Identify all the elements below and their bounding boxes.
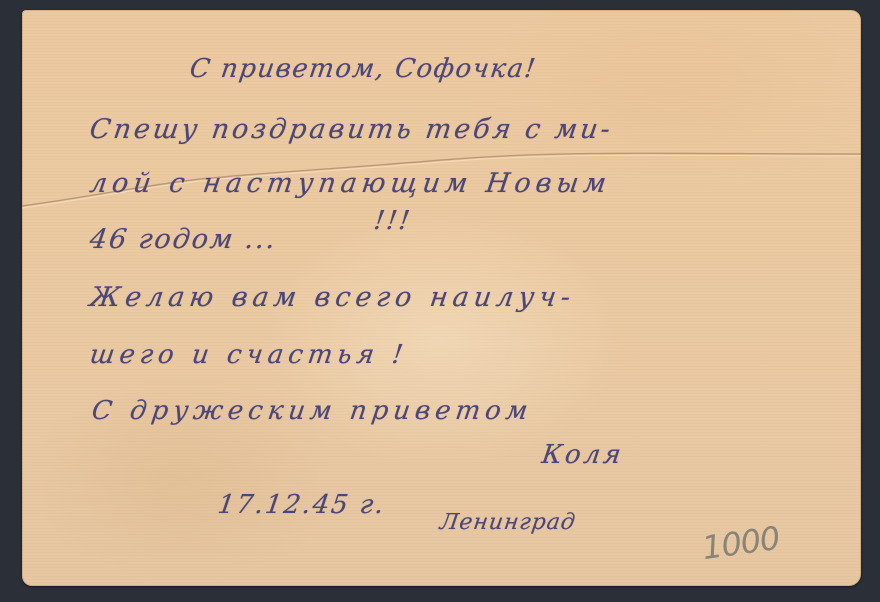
- body-line-2: лой с наступающим Новым: [88, 168, 613, 199]
- body-line-3: 46 годом ...: [88, 224, 279, 255]
- date: 17.12.45 г.: [216, 490, 388, 520]
- signature: Коля: [540, 440, 626, 470]
- greeting-line: С приветом, Софочка!: [188, 54, 539, 84]
- postcard: С приветом, Софочка! Спешу поздравить те…: [22, 10, 861, 586]
- body-line-4: Желаю вам всего наилуч-: [88, 282, 577, 313]
- body-line-5: шего и счастья !: [88, 340, 410, 370]
- body-line-1: Спешу поздравить тебя с ми-: [88, 114, 615, 145]
- exclamation-marks: !!!: [372, 206, 414, 236]
- place: Ленинград: [438, 510, 577, 535]
- closing-line: С дружеским приветом: [90, 396, 535, 426]
- pencil-price-note: 1000: [700, 519, 782, 567]
